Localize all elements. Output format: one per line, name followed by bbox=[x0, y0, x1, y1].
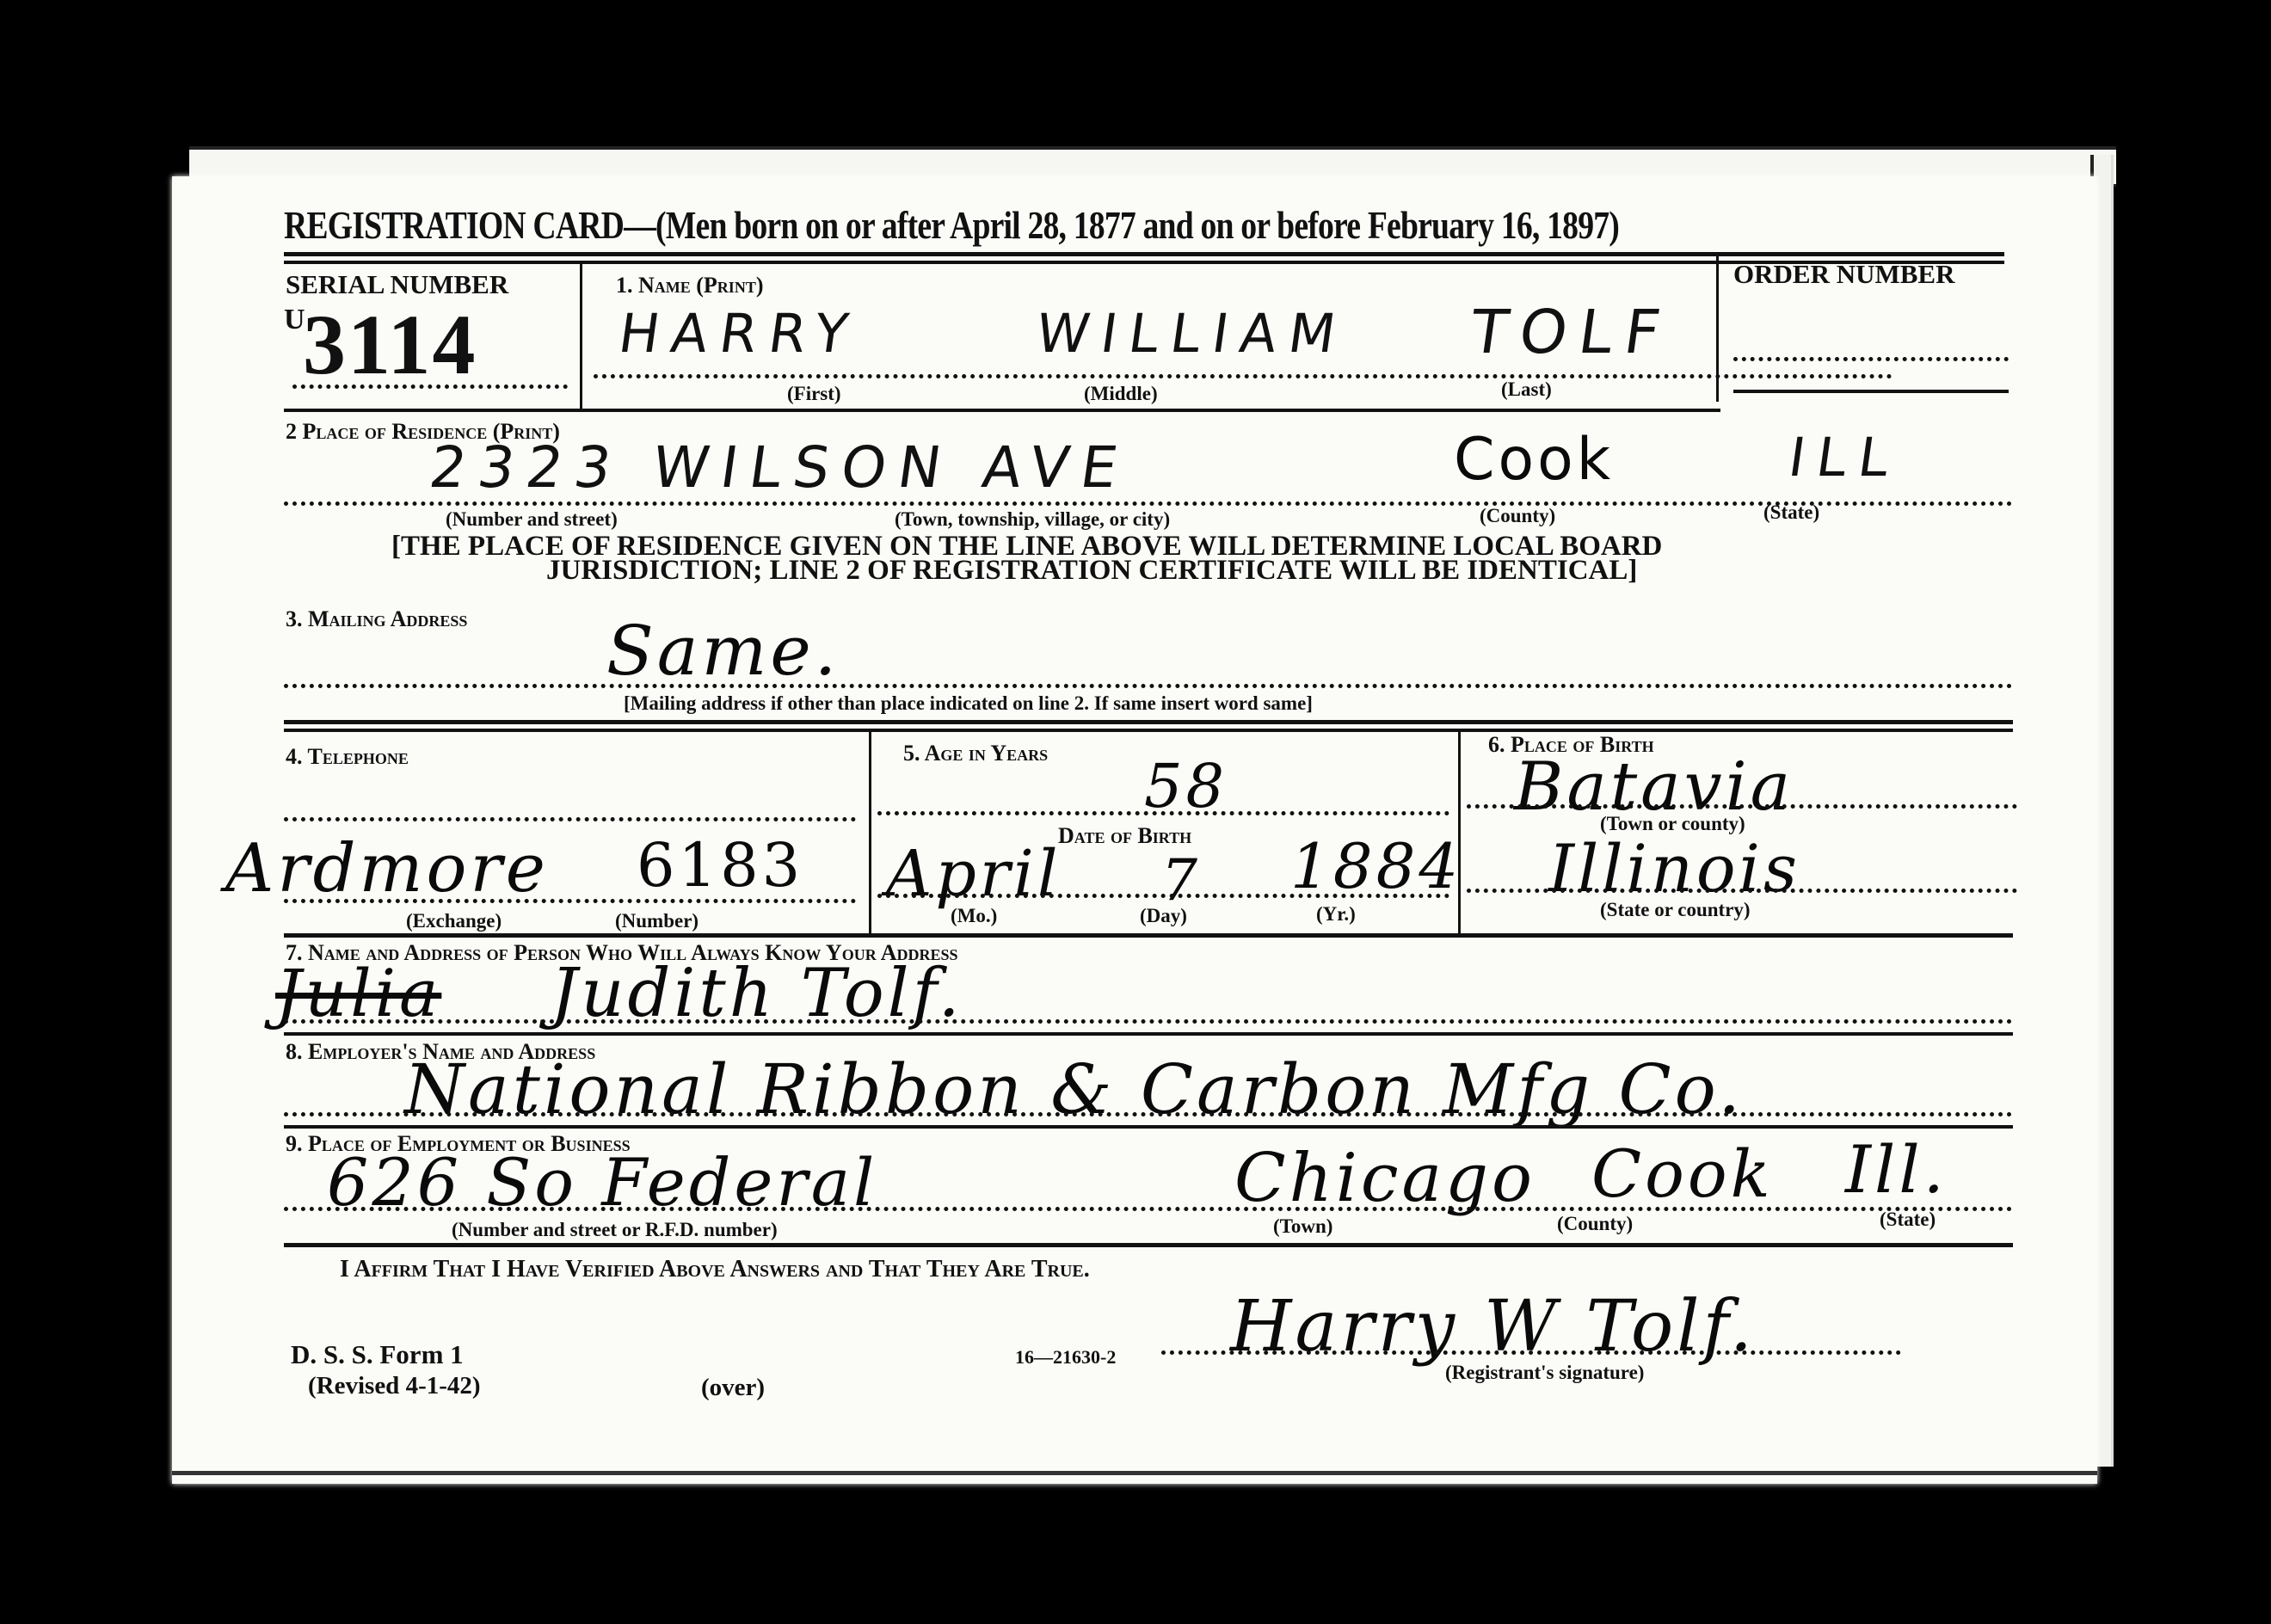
employment-county-caption: (County) bbox=[1557, 1213, 1633, 1235]
employment-street-caption: (Number and street or R.F.D. number) bbox=[452, 1219, 778, 1241]
employment-state-value: Ill. bbox=[1845, 1131, 1948, 1208]
birth-day-value: 7 bbox=[1161, 847, 1201, 913]
date-of-birth-label: Date of Birth bbox=[1058, 823, 1191, 849]
birth-state-line bbox=[1467, 889, 2017, 893]
affirmation-text: I Affirm That I Have Verified Above Answ… bbox=[340, 1256, 1090, 1283]
card-bottom-edge bbox=[172, 1471, 2097, 1475]
county-caption: (County) bbox=[1480, 505, 1555, 527]
last-caption: (Last) bbox=[1501, 378, 1552, 401]
middle-caption: (Middle) bbox=[1084, 383, 1158, 405]
over-note: (over) bbox=[701, 1374, 765, 1402]
telephone-label: 4. Telephone bbox=[286, 744, 409, 770]
divider bbox=[284, 1032, 2013, 1036]
street-caption: (Number and street) bbox=[446, 508, 618, 531]
serial-number-value: 3114 bbox=[303, 295, 477, 394]
date-of-birth-line bbox=[877, 894, 1449, 898]
month-caption: (Mo.) bbox=[951, 905, 997, 927]
name-line bbox=[594, 374, 1892, 378]
registrant-signature: Harry W Tolf. bbox=[1230, 1286, 1756, 1368]
number-caption: (Number) bbox=[615, 910, 699, 932]
column-divider bbox=[580, 264, 582, 410]
employment-line bbox=[284, 1207, 2013, 1211]
residence-state-value: ILL bbox=[1785, 426, 1905, 489]
employment-town-caption: (Town) bbox=[1273, 1215, 1332, 1238]
serial-prefix: U bbox=[284, 304, 305, 336]
year-caption: (Yr.) bbox=[1316, 903, 1356, 926]
first-caption: (First) bbox=[787, 383, 841, 405]
column-divider bbox=[869, 732, 871, 934]
mailing-address-caption: [Mailing address if other than place ind… bbox=[624, 692, 1313, 715]
divider bbox=[284, 252, 2004, 256]
telephone-number-value: 6183 bbox=[637, 830, 803, 901]
mailing-address-line bbox=[284, 684, 2013, 688]
employer-value: National Ribbon & Carbon Mfg Co. bbox=[404, 1049, 1744, 1129]
birth-year-value: 1884 bbox=[1290, 830, 1462, 902]
form-revised: (Revised 4-1-42) bbox=[308, 1372, 481, 1400]
employment-county-value: Cook bbox=[1591, 1135, 1774, 1212]
residence-line bbox=[284, 501, 2013, 506]
column-divider bbox=[1716, 255, 1719, 402]
name-label: 1. Name (Print) bbox=[616, 273, 763, 298]
birth-state-caption: (State or country) bbox=[1600, 899, 1751, 921]
age-label: 5. Age in Years bbox=[903, 741, 1048, 766]
birth-month-value: April bbox=[886, 837, 1062, 911]
contact-person-line bbox=[284, 1019, 2013, 1024]
divider bbox=[284, 729, 2013, 732]
divider bbox=[1733, 390, 2009, 393]
last-name-value: TOLF bbox=[1466, 297, 1677, 367]
employment-state-caption: (State) bbox=[1880, 1209, 1936, 1231]
first-name-value: HARRY bbox=[615, 302, 864, 365]
signature-line bbox=[1161, 1350, 1901, 1355]
form-number: D. S. S. Form 1 bbox=[291, 1339, 464, 1370]
divider bbox=[284, 720, 2013, 724]
telephone-upper-line bbox=[284, 817, 856, 821]
card-title: REGISTRATION CARD—(Men born on or after … bbox=[284, 202, 1619, 248]
divider bbox=[284, 1125, 2013, 1129]
mailing-address-label: 3. Mailing Address bbox=[286, 606, 467, 632]
divider bbox=[284, 1243, 2013, 1247]
residence-notice-line2: JURISDICTION; LINE 2 OF REGISTRATION CER… bbox=[546, 555, 1637, 587]
exchange-caption: (Exchange) bbox=[406, 910, 502, 932]
telephone-line bbox=[284, 899, 856, 903]
state-caption: (State) bbox=[1763, 501, 1819, 524]
signature-caption: (Registrant's signature) bbox=[1445, 1362, 1644, 1384]
birth-state-value: Illinois bbox=[1548, 830, 1800, 907]
residence-county-value: Cook bbox=[1454, 426, 1614, 494]
registration-card: REGISTRATION CARD—(Men born on or after … bbox=[172, 176, 2097, 1484]
telephone-exchange-value: Ardmore bbox=[225, 830, 549, 907]
mailing-address-value: Same. bbox=[606, 611, 840, 691]
divider bbox=[284, 933, 2013, 938]
middle-name-value: WILLIAM bbox=[1032, 302, 1351, 365]
residence-street-value: 2323 WILSON AVE bbox=[426, 434, 1134, 501]
divider bbox=[284, 409, 1720, 412]
order-number-label: ORDER NUMBER bbox=[1733, 259, 1954, 290]
serial-line bbox=[292, 384, 568, 389]
birth-town-line bbox=[1467, 804, 2017, 809]
town-caption: (Town, township, village, or city) bbox=[895, 508, 1170, 531]
print-code: 16—21630-2 bbox=[1015, 1346, 1116, 1369]
day-caption: (Day) bbox=[1140, 905, 1187, 927]
employment-town-value: Chicago bbox=[1234, 1140, 1536, 1217]
employer-line bbox=[284, 1112, 2013, 1116]
order-number-field bbox=[1733, 357, 2009, 361]
age-line bbox=[877, 811, 1449, 815]
